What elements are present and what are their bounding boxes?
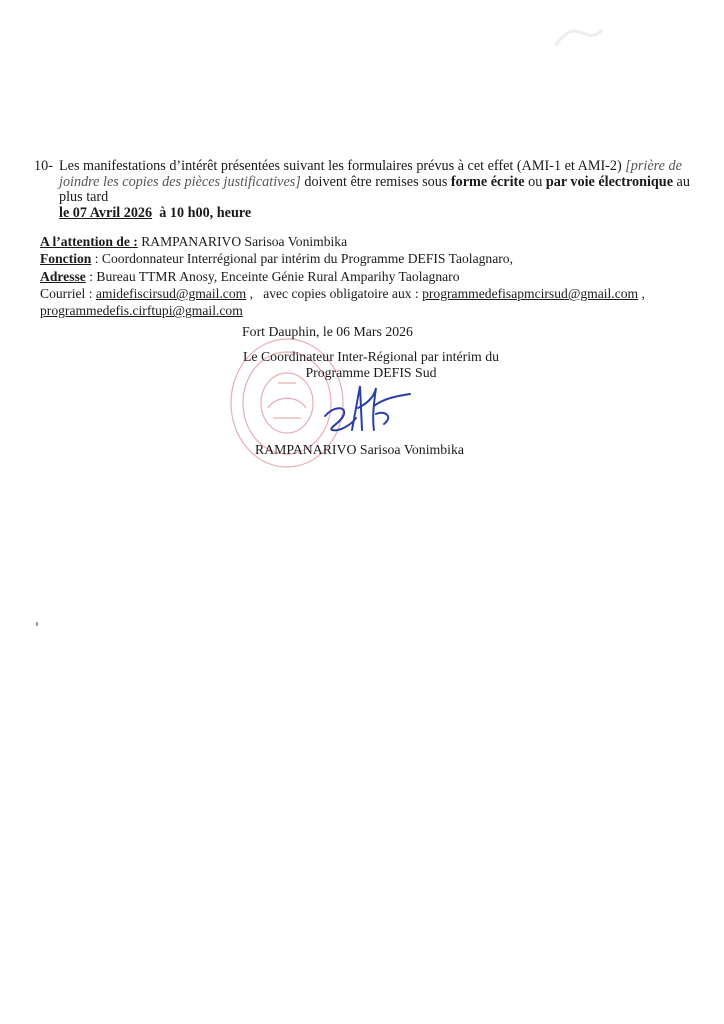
email-link-copy-1[interactable]: programmedefisapmcirsud@gmail.com bbox=[422, 286, 638, 301]
email-link-copy-2[interactable]: programmedefis.cirftupi@gmail.com bbox=[40, 303, 243, 318]
copies-text: , avec copies obligatoire aux : bbox=[246, 286, 422, 301]
copy-separator: , bbox=[638, 286, 645, 301]
attention-label: A l’attention de : bbox=[40, 234, 138, 249]
adresse-label: Adresse bbox=[40, 269, 86, 284]
bold-written-form: forme écrite bbox=[451, 174, 525, 190]
adresse-row: Adresse : Bureau TTMR Anosy, Enceinte Gé… bbox=[40, 268, 690, 285]
deadline-time: à 10 h00, heure bbox=[152, 205, 251, 221]
item-text: Les manifestations d’intérêt présentées … bbox=[59, 158, 625, 174]
courriel-label: Courriel : bbox=[40, 286, 96, 301]
signatory-title-line-1: Le Coordinateur Inter-Régional par intér… bbox=[231, 349, 511, 365]
connector-text: ou bbox=[525, 174, 546, 190]
courriel-row: Courriel : amidefiscirsud@gmail.com , av… bbox=[40, 285, 690, 302]
bleed-through-mark bbox=[550, 18, 610, 53]
adresse-value: : Bureau TTMR Anosy, Enceinte Génie Rura… bbox=[86, 269, 460, 284]
contact-block: A l’attention de : RAMPANARIVO Sarisoa V… bbox=[40, 233, 690, 319]
item-number: 10- bbox=[34, 159, 53, 175]
document-page: 10- Les manifestations d’intérêt présent… bbox=[0, 0, 724, 1024]
item-10-paragraph: 10- Les manifestations d’intérêt présent… bbox=[34, 159, 694, 221]
fonction-row: Fonction : Coordonnateur Interrégional p… bbox=[40, 250, 690, 267]
scan-artifact bbox=[36, 622, 38, 626]
item-text-2: doivent être remises sous bbox=[301, 174, 451, 190]
signatory-name: RAMPANARIVO Sarisoa Vonimbika bbox=[255, 442, 464, 458]
fonction-label: Fonction bbox=[40, 251, 91, 266]
attention-row: A l’attention de : RAMPANARIVO Sarisoa V… bbox=[40, 233, 690, 250]
email-link-main[interactable]: amidefiscirsud@gmail.com bbox=[96, 286, 246, 301]
place-date: Fort Dauphin, le 06 Mars 2026 bbox=[242, 324, 413, 340]
handwritten-signature-icon bbox=[322, 378, 414, 438]
fonction-value: : Coordonnateur Interrégional par intéri… bbox=[91, 251, 513, 266]
bold-electronic: par voie électronique bbox=[546, 174, 673, 190]
attention-value: RAMPANARIVO Sarisoa Vonimbika bbox=[138, 234, 347, 249]
signatory-title: Le Coordinateur Inter-Régional par intér… bbox=[231, 349, 511, 381]
deadline-date: le 07 Avril 2026 bbox=[59, 205, 152, 221]
courriel-row-2: programmedefis.cirftupi@gmail.com bbox=[40, 302, 690, 319]
